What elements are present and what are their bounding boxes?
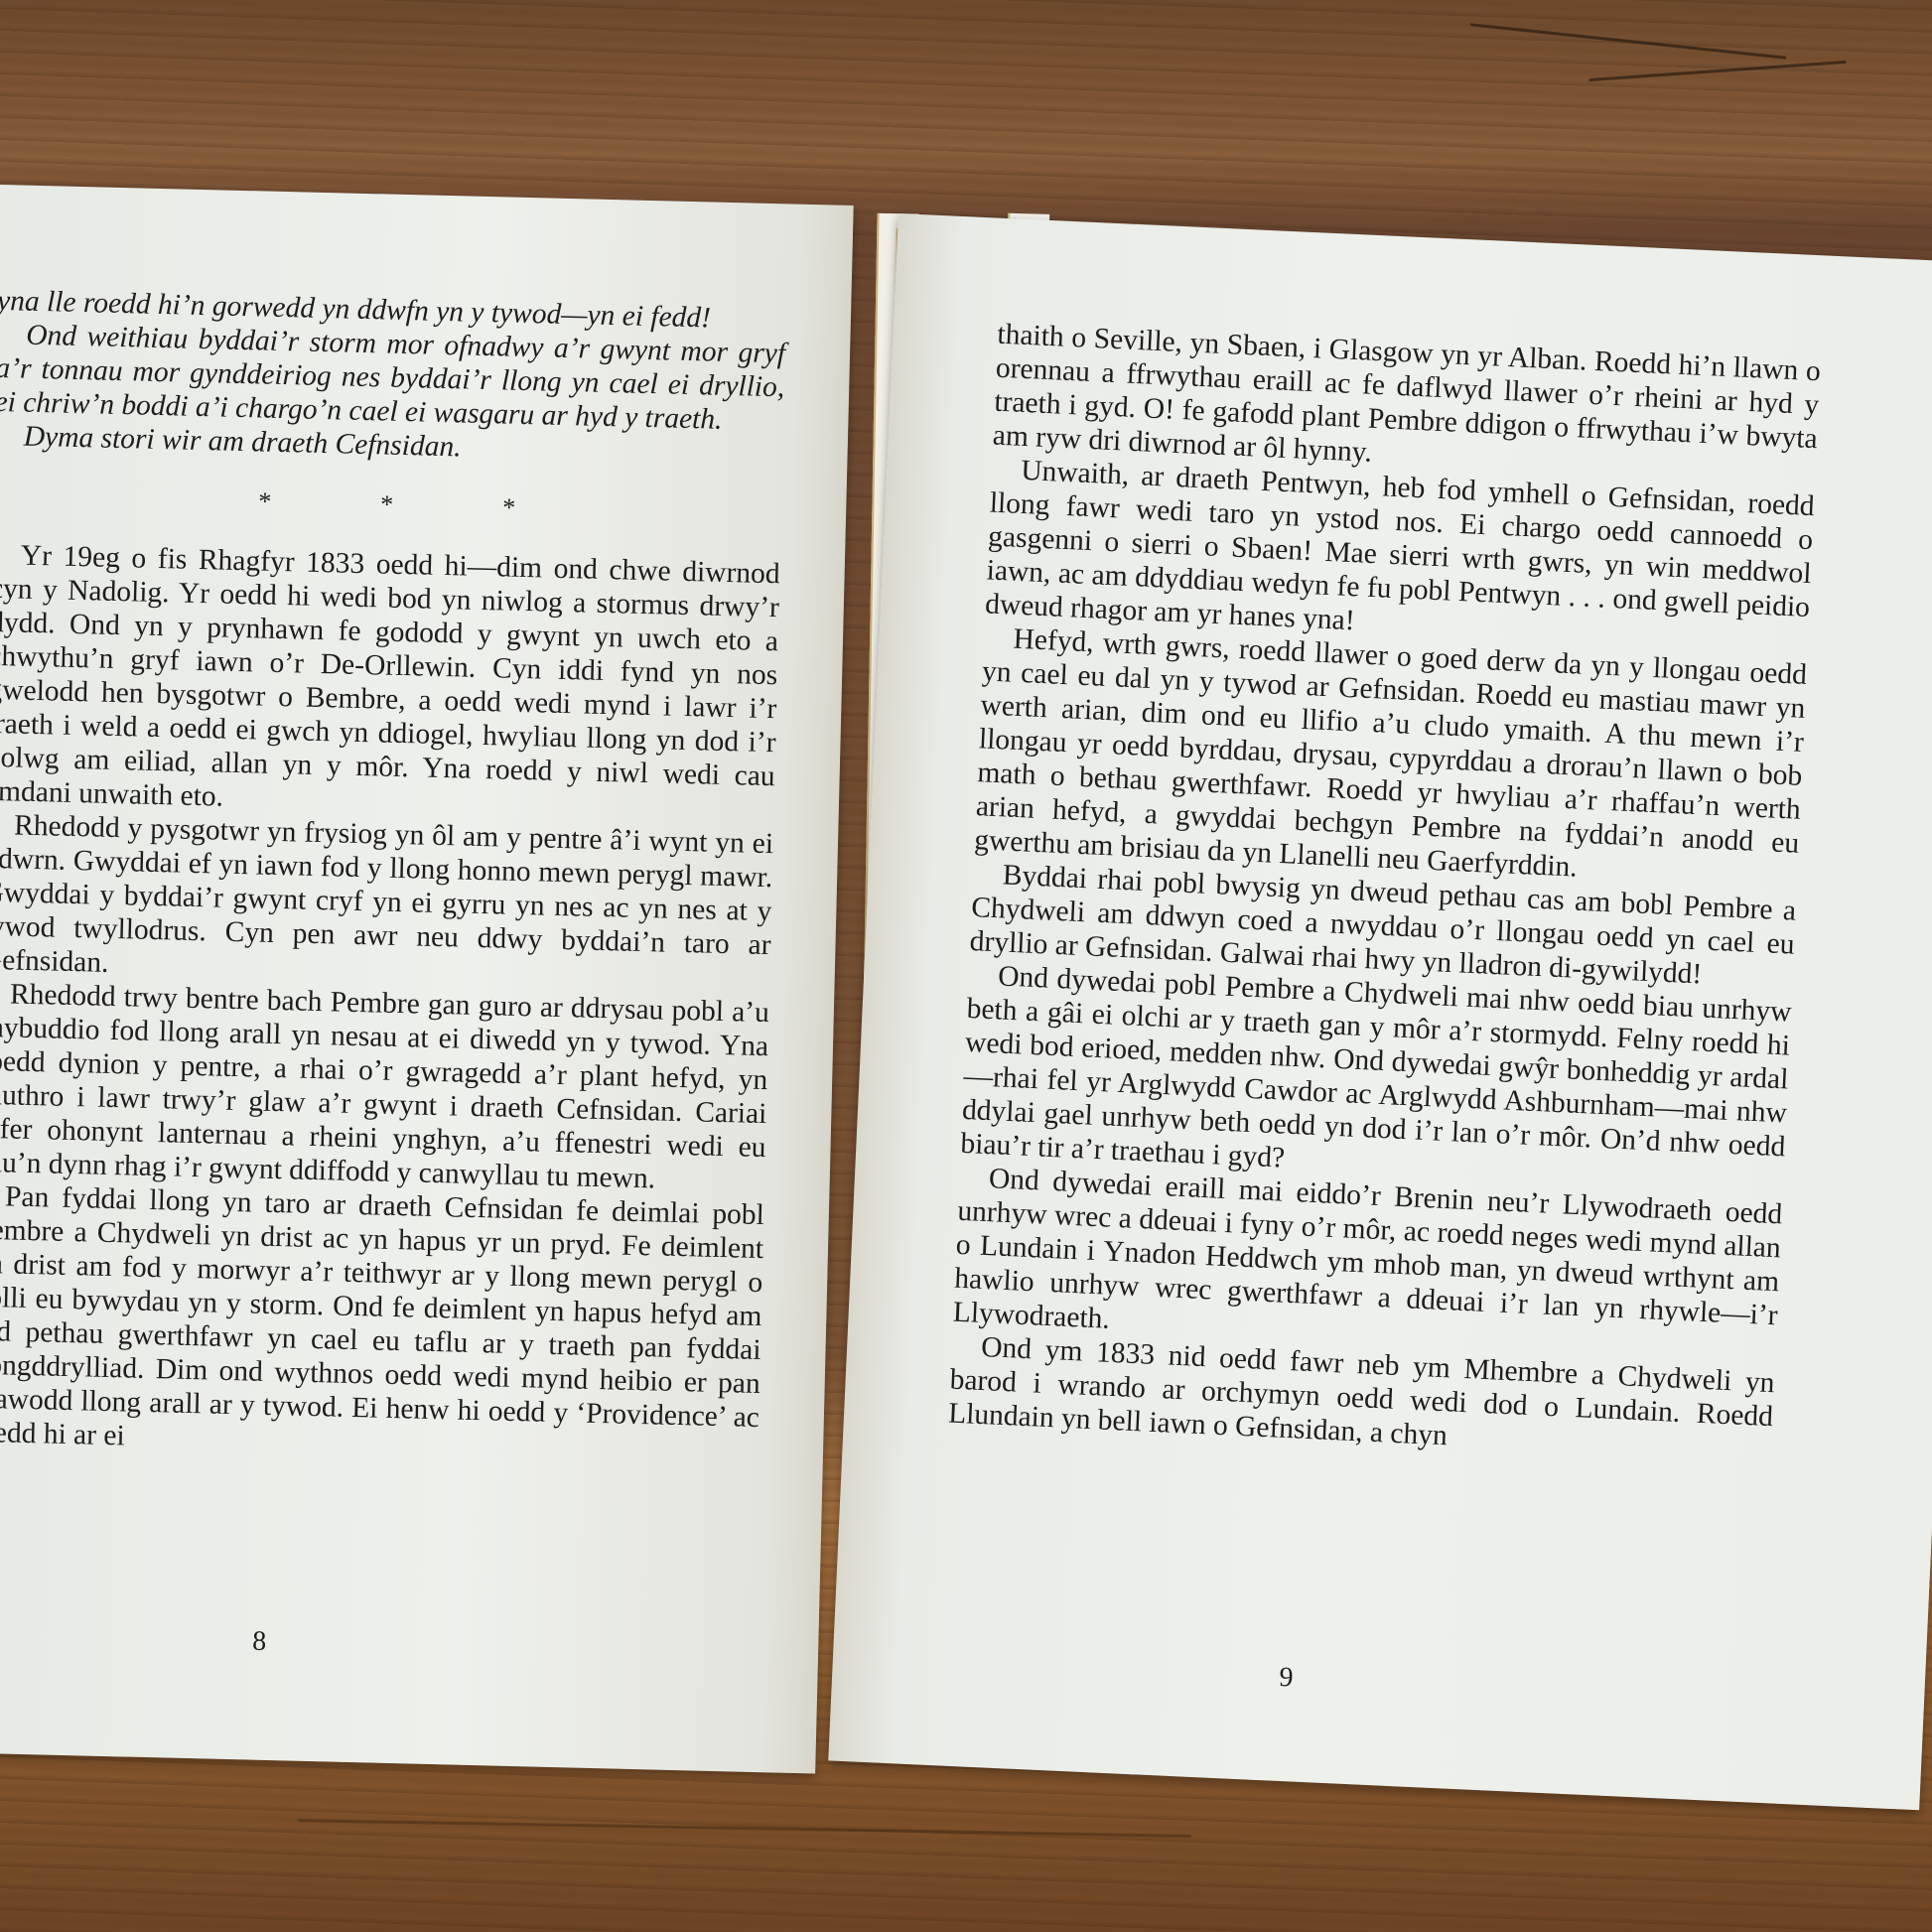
page-number-right: 9 bbox=[1279, 1662, 1294, 1695]
wood-grain bbox=[1588, 61, 1847, 81]
asterisk: * bbox=[502, 490, 516, 524]
page-number-left: 8 bbox=[252, 1626, 267, 1658]
body-paragraph: Rhedodd trwy bentre bach Pembre gan guro… bbox=[0, 977, 769, 1198]
asterisk: * bbox=[380, 487, 394, 521]
left-page-text: yna lle roedd hi’n gorwedd yn ddwfn yn y… bbox=[0, 284, 786, 1468]
body-paragraph: Hefyd, wrth gwrs, roedd llawer o goed de… bbox=[974, 621, 1808, 894]
left-page: yna lle roedd hi’n gorwedd yn ddwfn yn y… bbox=[0, 184, 854, 1774]
body-paragraph: Ond dywedai pobl Pembre a Chydweli mai n… bbox=[960, 958, 1792, 1197]
wood-grain bbox=[298, 1819, 1191, 1838]
wood-grain bbox=[1470, 23, 1787, 59]
body-paragraph: Yr 19eg o fis Rhagfyr 1833 oedd hi—dim o… bbox=[0, 538, 780, 827]
section-separator: * * * bbox=[0, 479, 782, 531]
right-page-text: thaith o Seville, yn Sbaen, i Glasgow yn… bbox=[947, 318, 1821, 1467]
body-paragraph: Rhedodd y pysgotwr yn frysiog yn ôl am y… bbox=[0, 808, 773, 996]
body-paragraph: Pan fyddai llong yn taro ar draeth Cefns… bbox=[0, 1179, 764, 1468]
right-page: thaith o Seville, yn Sbaen, i Glasgow yn… bbox=[828, 213, 1932, 1810]
asterisk: * bbox=[258, 484, 272, 518]
intro-paragraph: Ond weithiau byddai’r storm mor ofnadwy … bbox=[0, 318, 785, 438]
